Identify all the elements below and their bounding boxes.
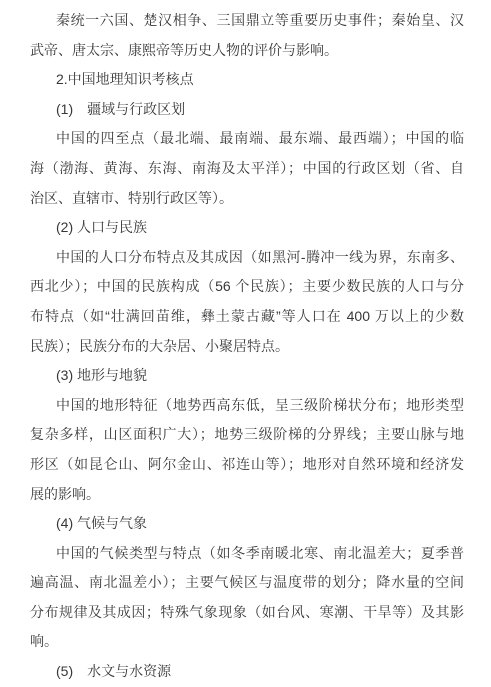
text-line: 复杂多样，山区面积广大）；地势三级阶梯的分界线；主要山脉与地 bbox=[30, 420, 464, 450]
text-line: 2.中国地理知识考核点 bbox=[30, 65, 464, 95]
text-line: 中国的人口分布特点及其成因（如黑河-腾冲一线为界，东南多、 bbox=[30, 243, 464, 273]
text-line: 布特点（如“壮满回苗维，彝土蒙古藏”等人口在 400 万以上的少数 bbox=[30, 302, 464, 332]
text-line: (1) 疆域与行政区划 bbox=[30, 95, 464, 125]
text-line: 中国的四至点（最北端、最南端、最东端、最西端）；中国的临 bbox=[30, 124, 464, 154]
text-line: 治区、直辖市、特别行政区等）。 bbox=[30, 184, 464, 214]
document-body: 秦统一六国、楚汉相争、三国鼎立等重要历史事件；秦始皇、汉武帝、唐太宗、康熙帝等历… bbox=[30, 6, 464, 687]
document-page: 秦统一六国、楚汉相争、三国鼎立等重要历史事件；秦始皇、汉武帝、唐太宗、康熙帝等历… bbox=[0, 0, 491, 687]
climate-paragraph: 中国的气候类型与特点（如冬季南暖北寒、南北温差大；夏季普遍高温、南北温差小）；主… bbox=[30, 539, 464, 657]
text-line: 遍高温、南北温差小）；主要气候区与温度带的划分；降水量的空间 bbox=[30, 568, 464, 598]
text-line: 海（渤海、黄海、东海、南海及太平洋）；中国的行政区划（省、自 bbox=[30, 154, 464, 184]
text-line: (5) 水文与水资源 bbox=[30, 657, 464, 687]
text-line: 秦统一六国、楚汉相争、三国鼎立等重要历史事件；秦始皇、汉 bbox=[30, 6, 464, 36]
text-line: 展的影响。 bbox=[30, 480, 464, 510]
text-line: 响。 bbox=[30, 627, 464, 657]
text-line: (2) 人口与民族 bbox=[30, 213, 464, 243]
population-paragraph: 中国的人口分布特点及其成因（如黑河-腾冲一线为界，东南多、西北少）；中国的民族构… bbox=[30, 243, 464, 361]
text-line: 中国的地形特征（地势西高东低，呈三级阶梯状分布；地形类型 bbox=[30, 391, 464, 421]
item-2-heading: (2) 人口与民族 bbox=[30, 213, 464, 243]
item-4-heading: (4) 气候与气象 bbox=[30, 509, 464, 539]
text-line: (4) 气候与气象 bbox=[30, 509, 464, 539]
text-line: 民族）；民族分布的大杂居、小聚居特点。 bbox=[30, 332, 464, 362]
territory-paragraph: 中国的四至点（最北端、最南端、最东端、最西端）；中国的临海（渤海、黄海、东海、南… bbox=[30, 124, 464, 213]
text-line: 武帝、唐太宗、康熙帝等历史人物的评价与影响。 bbox=[30, 36, 464, 66]
history-summary-paragraph: 秦统一六国、楚汉相争、三国鼎立等重要历史事件；秦始皇、汉武帝、唐太宗、康熙帝等历… bbox=[30, 6, 464, 65]
section-2-heading: 2.中国地理知识考核点 bbox=[30, 65, 464, 95]
text-line: (3) 地形与地貌 bbox=[30, 361, 464, 391]
text-line: 中国的气候类型与特点（如冬季南暖北寒、南北温差大；夏季普 bbox=[30, 539, 464, 569]
item-5-heading: (5) 水文与水资源 bbox=[30, 657, 464, 687]
item-1-heading: (1) 疆域与行政区划 bbox=[30, 95, 464, 125]
text-line: 西北少）；中国的民族构成（56 个民族）；主要少数民族的人口与分 bbox=[30, 272, 464, 302]
item-3-heading: (3) 地形与地貌 bbox=[30, 361, 464, 391]
terrain-paragraph: 中国的地形特征（地势西高东低，呈三级阶梯状分布；地形类型复杂多样，山区面积广大）… bbox=[30, 391, 464, 509]
text-line: 形区（如昆仑山、阿尔金山、祁连山等）；地形对自然环境和经济发 bbox=[30, 450, 464, 480]
text-line: 分布规律及其成因；特殊气象现象（如台风、寒潮、干旱等）及其影 bbox=[30, 598, 464, 628]
